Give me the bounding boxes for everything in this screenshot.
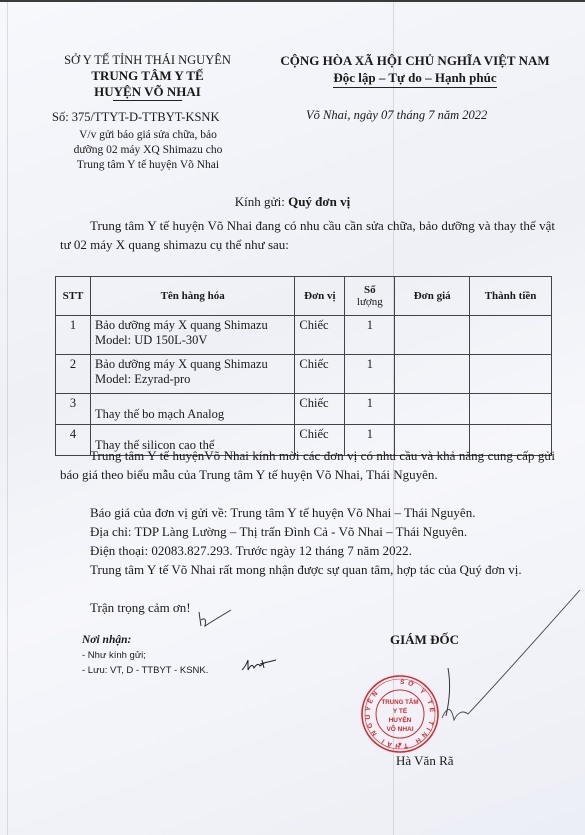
org-name-line1: TRUNG TÂM Y TẾ (40, 68, 255, 84)
cell-price (395, 316, 470, 355)
col-header-name: Tên hàng hóa (90, 277, 294, 316)
cell-total (470, 394, 552, 425)
org-name-line2: HUYỆN VÕ NHAI (94, 84, 201, 100)
subject-line: V/v gửi báo giá sửa chữa, bảo (48, 128, 248, 143)
name-line: Bảo dưỡng máy X quang Shimazu (95, 357, 290, 372)
col-header-qty: Sốlượng (345, 277, 395, 316)
table-row: 2 Bảo dưỡng máy X quang ShimazuModel: Ez… (56, 355, 552, 394)
name-line: Thay thế bo mạch Analog (95, 407, 290, 422)
col-header-total: Thành tiền (470, 277, 552, 316)
salutation: Kính gửi: Quý đơn vị (0, 194, 585, 210)
hope-paragraph: Trung tâm Y tế Võ Nhai rất mong nhận đượ… (60, 560, 555, 579)
official-seal-icon: SỞ Y TẾ TỈNH THÁI NGUYÊN TRUNG TÂM Y TẾ … (360, 674, 440, 754)
recipient-item: - Như kính gửi; (82, 650, 146, 661)
stamp-line: VÕ NHAI (386, 724, 413, 733)
recipient-item: - Lưu: VT, D - TTBYT - KSNK. (82, 665, 208, 676)
name-line: Model: UD 150L-30V (95, 333, 290, 348)
cell-price (395, 394, 470, 425)
phone-line: Điện thoại: 02083.827.293. Trước ngày 12… (60, 541, 555, 560)
document-subject: V/v gửi báo giá sửa chữa, bảo dưỡng 02 m… (48, 128, 248, 173)
department-name: SỞ Y TẾ TỈNH THÁI NGUYÊN (40, 52, 255, 68)
paper-edge-line (7, 2, 8, 835)
cell-name: Bảo dưỡng máy X quang ShimazuModel: Ezyr… (90, 355, 294, 394)
name-line: Bảo dưỡng máy X quang Shimazu (95, 318, 290, 333)
cell-stt: 3 (56, 394, 91, 425)
cell-unit: Chiếc (295, 394, 345, 425)
cell-price (395, 355, 470, 394)
initial-signature-icon (195, 608, 235, 630)
country-name: CỘNG HÒA XÃ HỘI CHỦ NGHĨA VIỆT NAM (250, 52, 580, 69)
document-number: Số: 375/TTYT-D-TTBYT-KSNK (52, 110, 219, 125)
table-row: 3 Thay thế bo mạch Analog Chiếc 1 (56, 394, 552, 425)
cell-qty: 1 (345, 355, 395, 394)
invite-paragraph: Trung tâm Y tế huyệnVõ Nhai kính mời các… (60, 446, 555, 484)
col-header-price: Đơn giá (395, 277, 470, 316)
col-header-stt: STT (56, 277, 91, 316)
stamp-line: HUYỆN (389, 715, 412, 724)
cell-name: Bảo dưỡng máy X quang ShimazuModel: UD 1… (90, 316, 294, 355)
intro-paragraph: Trung tâm Y tế huyện Võ Nhai đang có nhu… (60, 216, 555, 254)
stamp-line: TRUNG TÂM (381, 699, 418, 706)
qty-header-line: lượng (349, 296, 390, 308)
signer-name: Hà Văn Rã (396, 753, 454, 769)
name-line: Model: Ezyrad-pro (95, 372, 290, 387)
document-date: Võ Nhai, ngày 07 tháng 7 năm 2022 (306, 108, 487, 123)
salutation-recipient: Quý đơn vị (288, 194, 350, 209)
national-motto: Độc lập – Tự do – Hạnh phúc (333, 69, 496, 88)
stamp-star-icon: ★ (397, 741, 402, 748)
cell-qty: 1 (345, 394, 395, 425)
cell-name: Thay thế bo mạch Analog (90, 394, 294, 425)
initial-signature-icon (240, 656, 280, 674)
cell-stt: 2 (56, 355, 91, 394)
stamp-line: Y TẾ (393, 705, 408, 715)
col-header-unit: Đơn vị (295, 277, 345, 316)
cell-stt: 1 (56, 316, 91, 355)
subject-line: dưỡng 02 máy XQ Shimazu cho (48, 143, 248, 158)
qty-header-line: Số (349, 284, 390, 296)
table-row: 1 Bảo dưỡng máy X quang ShimazuModel: UD… (56, 316, 552, 355)
recipients-label: Nơi nhận: (82, 634, 131, 646)
salutation-prefix: Kính gửi: (235, 194, 288, 209)
subject-line: Trung tâm Y tế huyện Võ Nhai (48, 158, 248, 173)
cell-unit: Chiếc (295, 355, 345, 394)
cell-total (470, 355, 552, 394)
send-to-line: Báo giá của đơn vị gửi về: Trung tâm Y t… (60, 503, 555, 522)
issuing-organization: SỞ Y TẾ TỈNH THÁI NGUYÊN TRUNG TÂM Y TẾ … (40, 52, 255, 100)
items-table: STT Tên hàng hóa Đơn vị Sốlượng Đơn giá … (55, 276, 552, 456)
national-header: CỘNG HÒA XÃ HỘI CHỦ NGHĨA VIỆT NAM Độc l… (250, 52, 580, 88)
cell-total (470, 316, 552, 355)
table-header-row: STT Tên hàng hóa Đơn vị Sốlượng Đơn giá … (56, 277, 552, 316)
address-line: Địa chỉ: TDP Làng Lường – Thị trấn Đình … (60, 522, 555, 541)
cell-qty: 1 (345, 316, 395, 355)
cell-unit: Chiếc (295, 316, 345, 355)
